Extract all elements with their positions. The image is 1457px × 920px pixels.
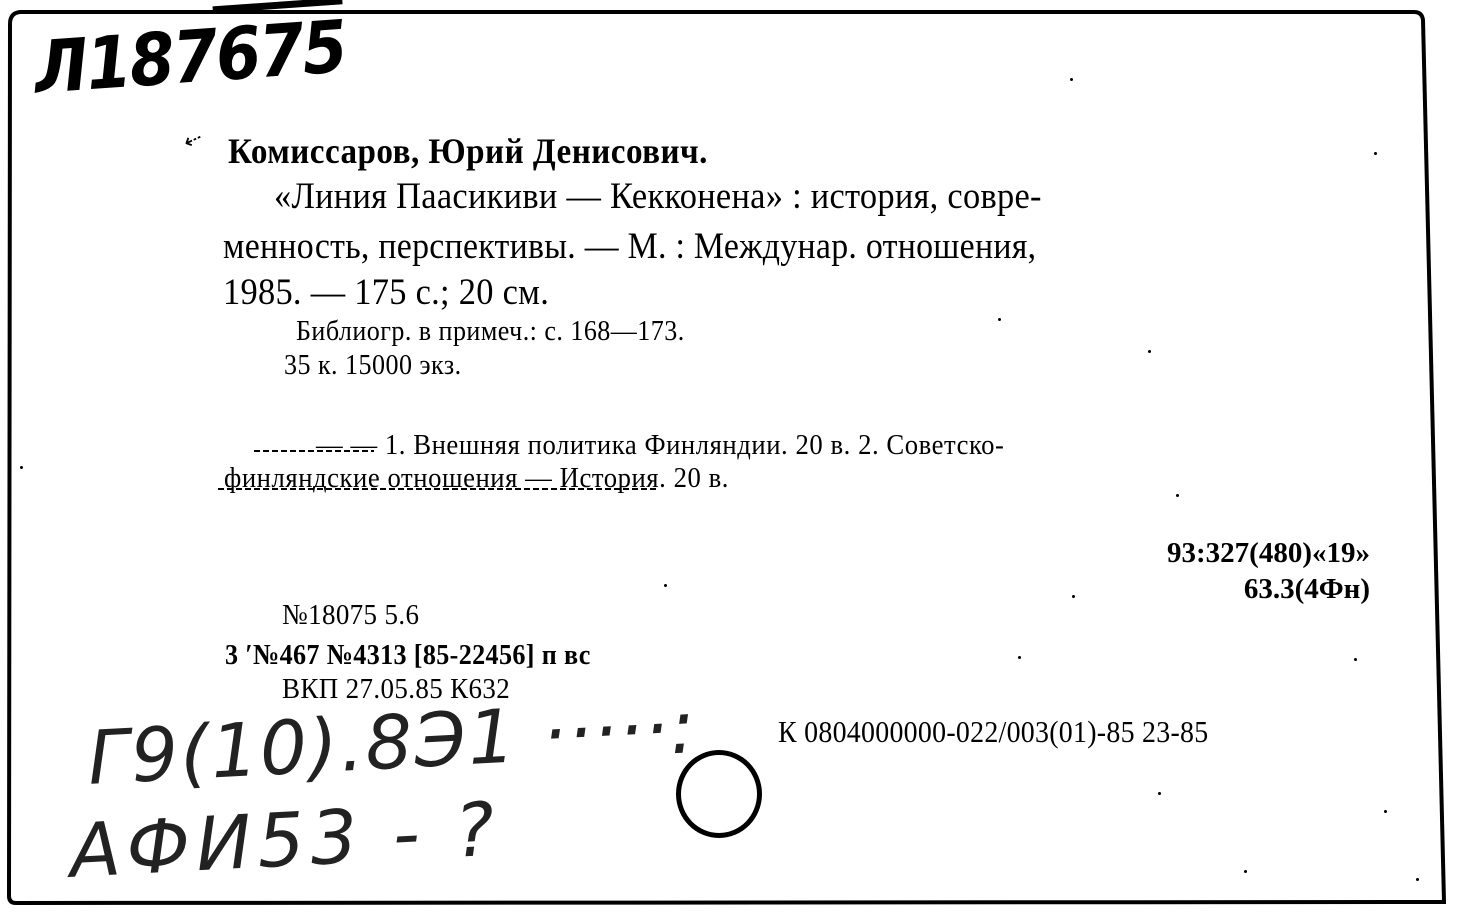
handwritten-shelf-mark-1: Г9(10).8Э1 ·····: [86,690,699,796]
bibliography-note: Библиогр. в примеч.: с. 168—173. [296,318,685,346]
scan-speck [664,584,667,587]
scan-speck [1244,870,1247,873]
scan-speck [1374,152,1377,155]
scan-speck [998,318,1001,321]
bbk-classification: 63.3(4Фн) [1244,575,1370,604]
catalog-card: Л187675 ⇠ Комиссаров, Юрий Денисович. «Л… [6,10,1446,906]
handwritten-call-number: Л187675 [32,10,348,104]
price-and-print-run: 35 к. 15000 экз. [284,352,462,380]
scan-speck [1176,494,1179,497]
scan-speck [1354,658,1357,661]
subject-tracing-line-1: — — 1. Внешняя политика Финляндии. 20 в.… [316,431,1004,460]
scan-speck [1018,656,1021,659]
udc-classification: 93:327(480)«19» [1167,539,1370,568]
scan-speck [1158,792,1161,795]
punch-hole-circle [676,750,762,838]
handwritten-shelf-mark-2: АФИ53 - ? [68,792,502,888]
underline-mark-1 [254,450,374,452]
pencil-arrow-mark: ⇠ [180,125,207,155]
underline-mark-2 [218,488,658,490]
publisher-code: К 0804000000-022/003(01)-85 23-85 [778,716,1208,747]
call-number-prefix: Л187 [32,13,219,109]
scan-speck [1148,350,1151,353]
title-line-2: менность, перспективы. — М. : Междунар. … [223,228,1036,265]
title-line-1: «Линия Паасикиви — Кекконена» : история,… [274,178,1042,215]
author-heading: Комиссаров, Юрий Денисович. [228,133,708,169]
call-number-suffix: 675 [213,4,348,97]
title-line-3: 1985. — 175 с.; 20 см. [223,274,549,311]
scan-speck [1070,78,1073,81]
accession-line-2: 3 ′№467 №4313 [85-22456] п вс [225,641,591,670]
scan-speck [1384,810,1387,813]
scan-speck [1072,595,1075,598]
accession-line-1: №18075 5.6 [282,601,419,630]
scan-speck [20,466,23,469]
scan-speck [1416,878,1419,881]
